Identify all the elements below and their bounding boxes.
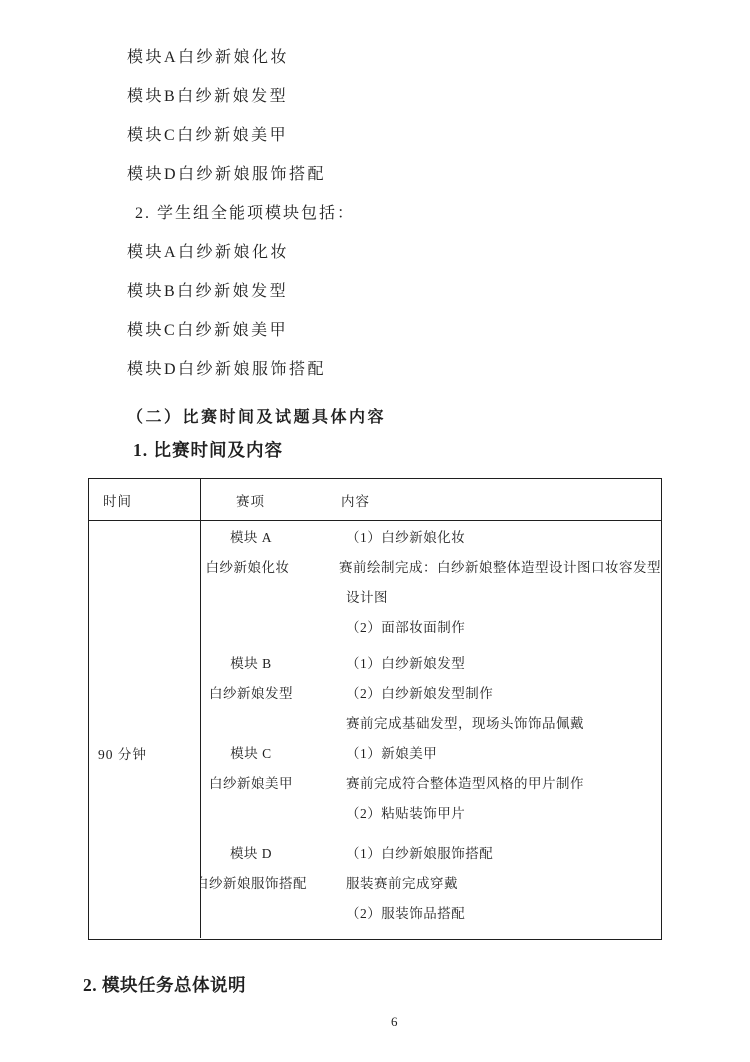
- module-content: （1）新娘美甲: [346, 742, 437, 762]
- table-row: 白纱新娘发型 （2）白纱新娘发型制作: [201, 677, 661, 707]
- module-content: （1）白纱新娘服饰搭配: [346, 842, 493, 862]
- table-row: （2）面部妆面制作: [201, 611, 661, 641]
- list-item: 模块C白纱新娘美甲: [0, 311, 355, 350]
- table-row: 模块 D （1）白纱新娘服饰搭配: [201, 837, 661, 867]
- module-content: 设计图: [346, 586, 388, 606]
- module-content: （1）白纱新娘发型: [346, 652, 465, 672]
- module-content: （2）服装饰品搭配: [346, 902, 465, 922]
- list-item: 模块B白纱新娘发型: [0, 77, 355, 116]
- module-block-a: 模块 A （1）白纱新娘化妆 白纱新娘化妆 赛前绘制完成：白纱新娘整体造型设计图…: [201, 521, 661, 641]
- module-content: 赛前完成符合整体造型风格的甲片制作: [346, 772, 584, 792]
- module-label: 白纱新娘美甲: [201, 772, 301, 792]
- list-item: 模块D白纱新娘服饰搭配: [0, 350, 355, 389]
- table-header-row: 时间 赛项 内容: [89, 479, 661, 521]
- list-item: 模块A白纱新娘化妆: [0, 38, 355, 77]
- module-label: 模块 C: [201, 742, 301, 762]
- module-list-section: 模块A白纱新娘化妆 模块B白纱新娘发型 模块C白纱新娘美甲 模块D白纱新娘服饰搭…: [0, 38, 355, 389]
- list-item: 模块B白纱新娘发型: [0, 272, 355, 311]
- module-label: 模块 B: [201, 652, 301, 672]
- module-label: 白纱新娘化妆: [201, 556, 294, 576]
- module-label: 模块 A: [201, 526, 301, 546]
- table-row: 设计图: [201, 581, 661, 611]
- schedule-table: 时间 赛项 内容 90 分钟 模块 A （1）白纱新娘化妆 白纱新娘化妆 赛前绘: [88, 478, 662, 940]
- subsection-heading: 1. 比赛时间及内容: [133, 437, 283, 462]
- table-row: 白纱新娘服饰搭配 服装赛前完成穿戴: [201, 867, 661, 897]
- module-content: 服装赛前完成穿戴: [346, 872, 458, 892]
- time-cell: 90 分钟: [89, 521, 201, 938]
- page-number: 6: [391, 1014, 398, 1030]
- table-body-row: 90 分钟 模块 A （1）白纱新娘化妆 白纱新娘化妆 赛前绘制完成：白纱新娘整…: [89, 521, 661, 938]
- list-item: 模块D白纱新娘服饰搭配: [0, 155, 355, 194]
- section-heading: （二）比赛时间及试题具体内容: [127, 404, 386, 427]
- table-row: 白纱新娘化妆 赛前绘制完成：白纱新娘整体造型设计图口妆容发型: [201, 551, 661, 581]
- module-block-c: 模块 C （1）新娘美甲 白纱新娘美甲 赛前完成符合整体造型风格的甲片制作 （2…: [201, 737, 661, 827]
- col-header-content: 内容: [341, 490, 370, 510]
- table-row: 白纱新娘美甲 赛前完成符合整体造型风格的甲片制作: [201, 767, 661, 797]
- col-header-event: 赛项: [236, 490, 265, 510]
- module-content: 赛前完成基础发型，现场头饰饰品佩戴: [346, 712, 584, 732]
- time-value: 90 分钟: [98, 743, 147, 763]
- list-item: 模块C白纱新娘美甲: [0, 116, 355, 155]
- module-label: 白纱新娘发型: [201, 682, 301, 702]
- table-row: 赛前完成基础发型，现场头饰饰品佩戴: [201, 707, 661, 737]
- module-label: 白纱新娘服饰搭配: [201, 872, 301, 892]
- module-block-d: 模块 D （1）白纱新娘服饰搭配 白纱新娘服饰搭配 服装赛前完成穿戴 （2）服装…: [201, 837, 661, 927]
- table-header-merged-cell: 赛项 内容: [201, 479, 661, 520]
- col-header-time: 时间: [89, 479, 201, 520]
- module-content: （1）白纱新娘化妆: [346, 526, 465, 546]
- module-block-b: 模块 B （1）白纱新娘发型 白纱新娘发型 （2）白纱新娘发型制作 赛前完成基础…: [201, 647, 661, 737]
- module-content: （2）粘贴装饰甲片: [346, 802, 465, 822]
- module-content: 赛前绘制完成：白纱新娘整体造型设计图口妆容发型: [339, 556, 661, 576]
- table-row: 模块 C （1）新娘美甲: [201, 737, 661, 767]
- module-content: （2）白纱新娘发型制作: [346, 682, 493, 702]
- table-row: （2）粘贴装饰甲片: [201, 797, 661, 827]
- module-label: 模块 D: [201, 842, 301, 862]
- table-row: 模块 B （1）白纱新娘发型: [201, 647, 661, 677]
- list-item: 模块A白纱新娘化妆: [0, 233, 355, 272]
- table-row: （2）服装饰品搭配: [201, 897, 661, 927]
- bottom-heading: 2. 模块任务总体说明: [83, 972, 246, 997]
- table-row: 模块 A （1）白纱新娘化妆: [201, 521, 661, 551]
- list-intro: 2. 学生组全能项模块包括：: [0, 194, 355, 233]
- document-page: 模块A白纱新娘化妆 模块B白纱新娘发型 模块C白纱新娘美甲 模块D白纱新娘服饰搭…: [0, 0, 750, 1062]
- modules-cell: 模块 A （1）白纱新娘化妆 白纱新娘化妆 赛前绘制完成：白纱新娘整体造型设计图…: [201, 521, 661, 938]
- module-content: （2）面部妆面制作: [346, 616, 465, 636]
